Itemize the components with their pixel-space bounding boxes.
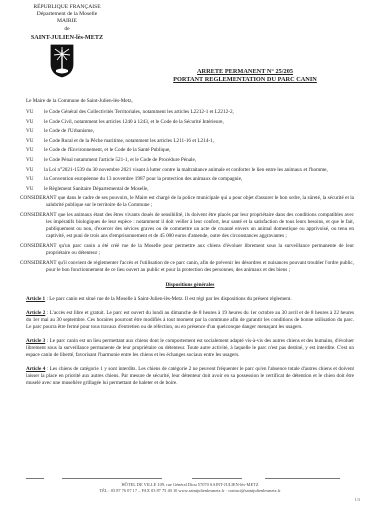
footer-rule: [62, 478, 162, 479]
article-2: Article 2 : L'accès est libre et gratuit…: [26, 310, 354, 331]
vu-item: VUle Code Civil, notamment les articles …: [26, 119, 354, 126]
vu-item: VUle Code Pénal notamment l'article 521-…: [26, 157, 354, 164]
article-3: Article 3 : Le parc canin est un lieu pe…: [26, 338, 354, 359]
letterhead: RÉPUBLIQUE FRANÇAISE Département de la M…: [12, 4, 122, 41]
article-1: Article 1 : Le parc canin est situé rue …: [26, 296, 354, 303]
considerant-paragraph: CONSIDERANT qu'il convient de réglemente…: [20, 260, 354, 274]
footer-rule: [192, 478, 242, 479]
de-label: de: [12, 26, 122, 33]
document-page: RÉPUBLIQUE FRANÇAISE Département de la M…: [0, 0, 370, 510]
department-label: Département de la Moselle: [12, 11, 122, 18]
considerant-paragraph: CONSIDERANT que les animaux étant des êt…: [20, 212, 354, 240]
page-number: 1/3: [355, 497, 360, 502]
vu-item: VUle Règlement Sanitaire Départemental d…: [26, 186, 354, 193]
decree-number: ARRETE PERMANENT N° 25/205: [130, 68, 360, 76]
vu-item: VUle Code de l'Urbanisme,: [26, 128, 354, 135]
vu-item: VUle Code de l'Environnement, et le Code…: [26, 147, 354, 154]
decree-subject: PORTANT REGLEMENTATION DU PARC CANIN: [130, 76, 360, 84]
footer-contact: TÉL : 03 87 76 07 17 – FAX 03 87 75 40 1…: [40, 488, 340, 494]
footer-rule: [26, 478, 44, 479]
decree-body: Le Maire de la Commune de Saint-Julien-l…: [26, 98, 354, 394]
article-4: Article 4 : Les chiens de catégorie 1 y …: [26, 366, 354, 387]
republic-label: RÉPUBLIQUE FRANÇAISE: [12, 4, 122, 11]
vu-item: VUla Loi n°2021-1539 du 30 novembre 2021…: [26, 167, 354, 174]
commune-name: SAINT-JULIEN-lès-METZ: [12, 34, 122, 41]
vu-item: VUle Code Rural et de la Pêche maritime,…: [26, 138, 354, 145]
considerant-paragraph: CONSIDERANT que dans le cadre de ses pou…: [20, 195, 354, 209]
coat-of-arms-icon: [50, 44, 74, 78]
page-footer: HÔTEL DE VILLE 109, rue Général Diou 570…: [40, 482, 340, 495]
section-heading: Dispositions générales: [26, 282, 354, 289]
footer-rule: [265, 478, 340, 479]
vu-item: VUla Convention européenne du 13 novembr…: [26, 176, 354, 183]
considerant-paragraph: CONSIDERANT qu'un parc canin a été créé …: [20, 243, 354, 257]
decree-title: ARRETE PERMANENT N° 25/205 PORTANT REGLE…: [130, 68, 360, 83]
vu-item: VUle Code Général des Collectivités Terr…: [26, 109, 354, 116]
intro-line: Le Maire de la Commune de Saint-Julien-l…: [26, 98, 354, 105]
mairie-label: MAIRIE: [12, 18, 122, 25]
